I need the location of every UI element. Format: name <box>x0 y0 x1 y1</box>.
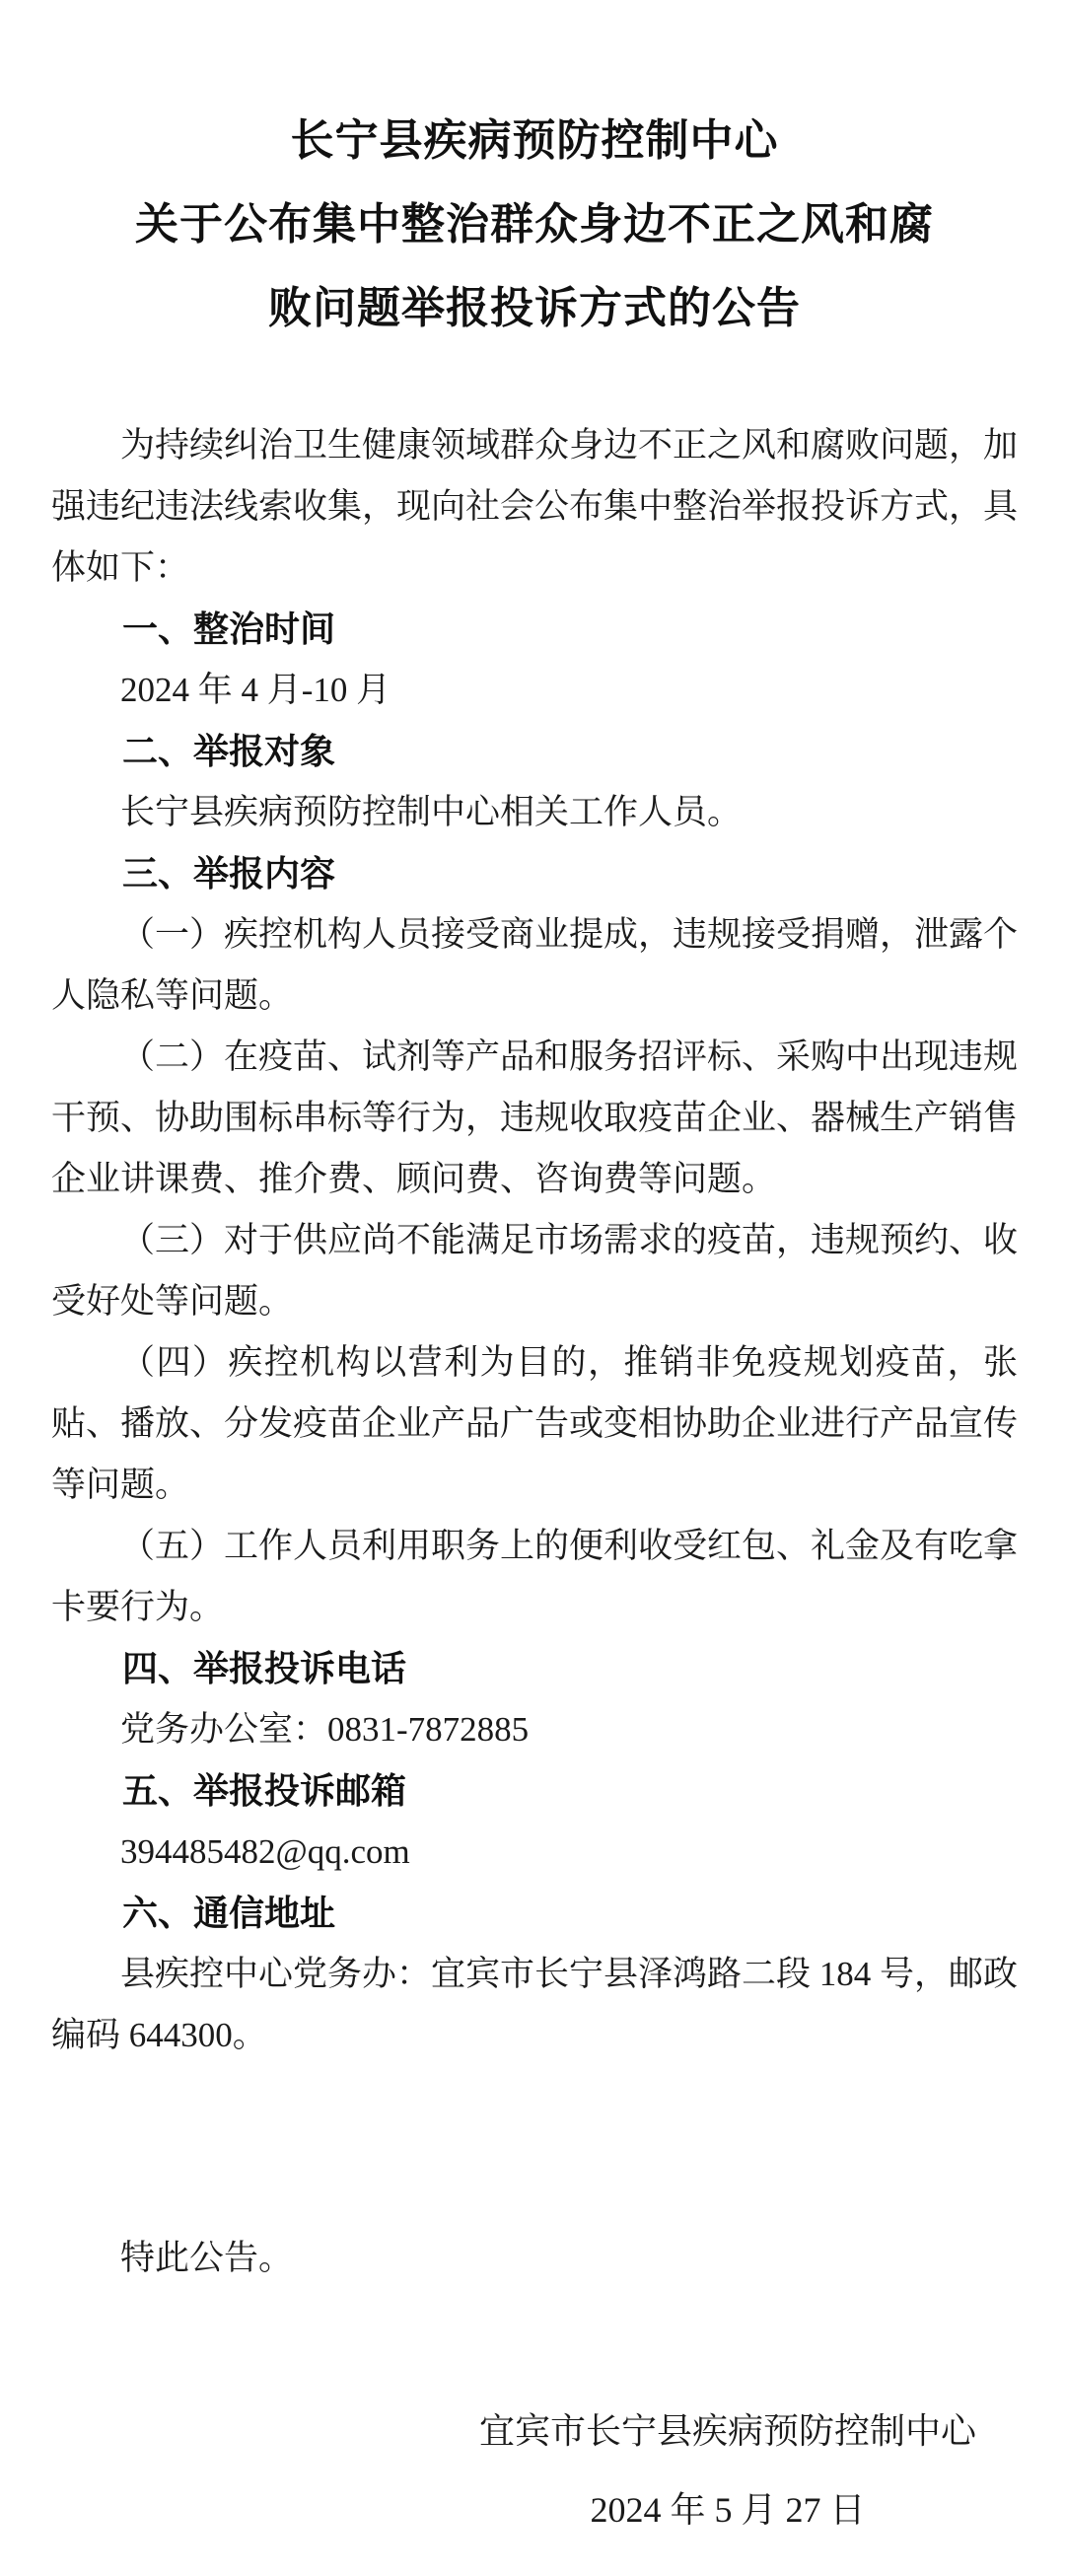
section-1-paragraph-1: 2024 年 4 月-10 月 <box>51 660 1018 721</box>
announcement-page: 长宁县疾病预防控制中心 关于公布集中整治群众身边不正之风和腐 败问题举报投诉方式… <box>0 0 1065 2576</box>
section-report-content: 三、举报内容 （一）疾控机构人员接受商业提成，违规接受捐赠，泄露个人隐私等问题。… <box>51 843 1018 1638</box>
document-title: 长宁县疾病预防控制中心 关于公布集中整治群众身边不正之风和腐 败问题举报投诉方式… <box>51 99 1018 350</box>
section-3-item-4: （四）疾控机构以营利为目的，推销非免疫规划疫苗，张贴、播放、分发疫苗企业产品广告… <box>51 1332 1018 1516</box>
section-2-heading: 二、举报对象 <box>51 721 1018 782</box>
section-3-heading: 三、举报内容 <box>51 843 1018 904</box>
section-5-heading: 五、举报投诉邮箱 <box>51 1760 1018 1822</box>
section-3-item-3: （三）对于供应尚不能满足市场需求的疫苗，违规预约、收受好处等问题。 <box>51 1210 1018 1332</box>
section-3-item-2: （二）在疫苗、试剂等产品和服务招评标、采购中出现违规干预、协助围标串标等行为，违… <box>51 1027 1018 1210</box>
section-report-phone: 四、举报投诉电话 党务办公室：0831-7872885 <box>51 1638 1018 1760</box>
section-3-item-5: （五）工作人员利用职务上的便利收受红包、礼金及有吃拿卡要行为。 <box>51 1516 1018 1638</box>
section-report-targets: 二、举报对象 长宁县疾病预防控制中心相关工作人员。 <box>51 721 1018 843</box>
title-line-2: 关于公布集中整治群众身边不正之风和腐 <box>51 182 1018 266</box>
report-phone-line: 党务办公室：0831-7872885 <box>51 1699 1018 1760</box>
report-email-line: 394485482@qq.com <box>51 1822 1018 1883</box>
signature-block: 宜宾市长宁县疾病预防控制中心 2024 年 5 月 27 日 <box>479 2392 976 2549</box>
section-3-item-1: （一）疾控机构人员接受商业提成，违规接受捐赠，泄露个人隐私等问题。 <box>51 904 1018 1027</box>
title-line-1: 长宁县疾病预防控制中心 <box>51 99 1018 182</box>
issue-date: 2024 年 5 月 27 日 <box>479 2470 976 2549</box>
intro-paragraph: 为持续纠治卫生健康领域群众身边不正之风和腐败问题，加强违纪违法线索收集，现向社会… <box>51 415 1018 599</box>
mailing-address-line: 县疾控中心党务办：宜宾市长宁县泽鸿路二段 184 号，邮政编码 644300。 <box>51 1944 1018 2066</box>
section-1-heading: 一、整治时间 <box>51 599 1018 660</box>
section-mailing-address: 六、通信地址 县疾控中心党务办：宜宾市长宁县泽鸿路二段 184 号，邮政编码 6… <box>51 1883 1018 2066</box>
closing-statement: 特此公告。 <box>51 2228 1018 2289</box>
section-2-paragraph-1: 长宁县疾病预防控制中心相关工作人员。 <box>51 782 1018 843</box>
section-4-heading: 四、举报投诉电话 <box>51 1638 1018 1699</box>
title-line-3: 败问题举报投诉方式的公告 <box>51 266 1018 350</box>
section-6-heading: 六、通信地址 <box>51 1883 1018 1944</box>
section-rectification-time: 一、整治时间 2024 年 4 月-10 月 <box>51 599 1018 721</box>
section-report-email: 五、举报投诉邮箱 394485482@qq.com <box>51 1760 1018 1883</box>
issuer-name: 宜宾市长宁县疾病预防控制中心 <box>479 2392 976 2470</box>
